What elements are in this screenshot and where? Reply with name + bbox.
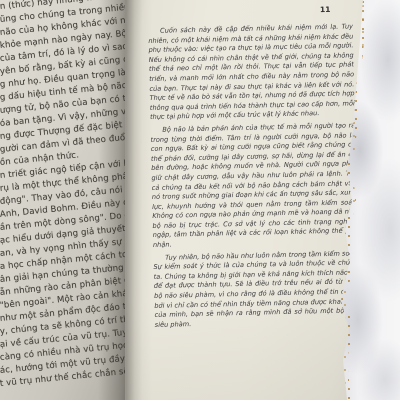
- body-paragraph: Tuy nhiên, bộ não hầu như luôn nằm trong…: [153, 249, 360, 330]
- left-page: n (thức) hay những nhà hiền triết rishi …: [0, 0, 136, 400]
- right-page: 11 Cuốn sách này đề cập đến nhiều khái n…: [125, 0, 365, 400]
- page-number: 11: [320, 5, 331, 14]
- body-paragraph: Cuốn sách này đề cập đến nhiều khái niệm…: [148, 22, 355, 123]
- right-page-text: Cuốn sách này đề cập đến nhiều khái niệm…: [148, 22, 360, 333]
- book-photo: n (thức) hay những nhà hiền triết rishi …: [0, 0, 400, 400]
- body-paragraph: Bộ não là bản phản ánh của thực tế mà mỗ…: [150, 121, 358, 250]
